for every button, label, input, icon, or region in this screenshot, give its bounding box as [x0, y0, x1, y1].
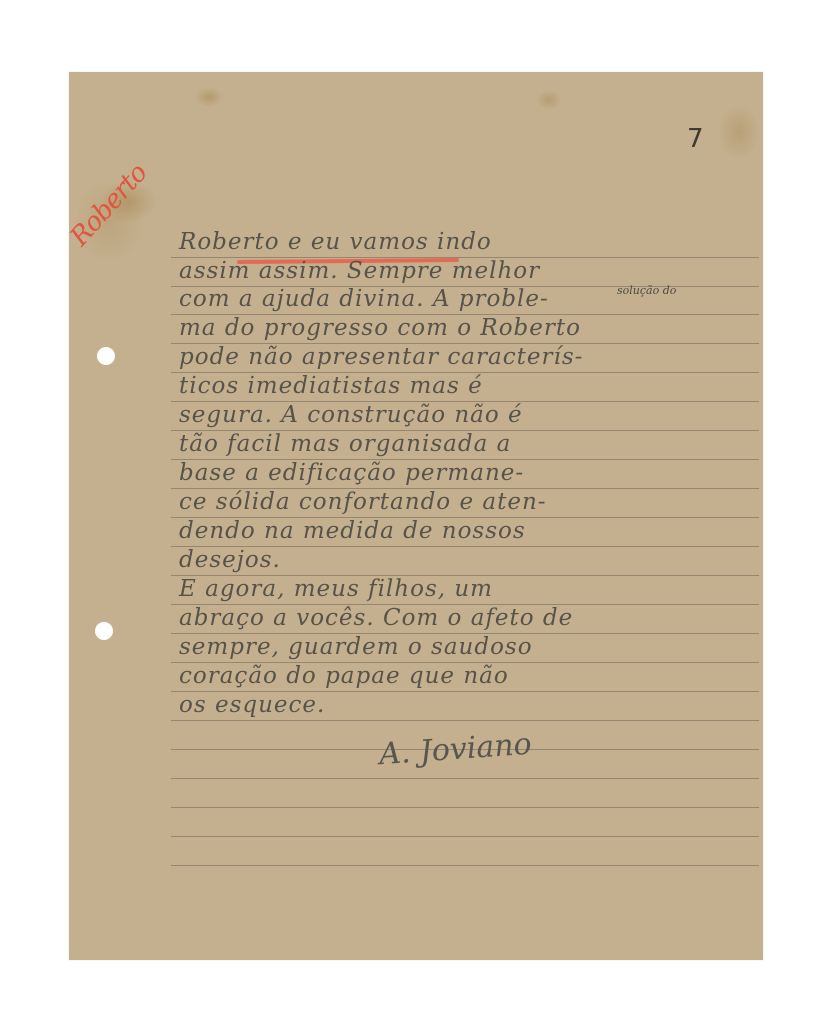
- ruled-line: [171, 836, 759, 837]
- text-line: com a ajuda divina. A proble-: [179, 286, 759, 312]
- text-line: os esquece.: [179, 692, 759, 718]
- text-line: coração do papae que não: [179, 663, 759, 689]
- text-line: sempre, guardem o saudoso: [179, 634, 759, 660]
- ruled-line: [171, 778, 759, 779]
- letter-page: 7 Roberto solução do Roberto e eu vamos …: [69, 72, 763, 960]
- text-line: ce sólida confortando e aten-: [179, 489, 759, 515]
- signature: A. Joviano: [378, 727, 533, 773]
- text-line: pode não apresentar caracterís-: [179, 344, 759, 370]
- text-line: ma do progresso com o Roberto: [179, 315, 759, 341]
- text-line: abraço a vocês. Com o afeto de: [179, 605, 759, 631]
- ruled-line: [171, 807, 759, 808]
- text-line: Roberto e eu vamos indo: [179, 229, 759, 255]
- text-line: ticos imediatistas mas é: [179, 373, 759, 399]
- text-line: dendo na medida de nossos: [179, 518, 759, 544]
- text-line: segura. A construção não é: [179, 402, 759, 428]
- punch-hole-bottom: [95, 622, 113, 640]
- ruled-line: [171, 865, 759, 866]
- text-line: base a edificação permane-: [179, 460, 759, 486]
- text-line: assim assim. Sempre melhor: [179, 258, 759, 284]
- page-number: 7: [687, 124, 704, 154]
- punch-hole-top: [97, 347, 115, 365]
- text-line: E agora, meus filhos, um: [179, 576, 759, 602]
- text-line: desejos.: [179, 547, 759, 573]
- red-margin-note: Roberto: [65, 159, 153, 252]
- ruled-line: [171, 720, 759, 721]
- text-line: tão facil mas organisada a: [179, 431, 759, 457]
